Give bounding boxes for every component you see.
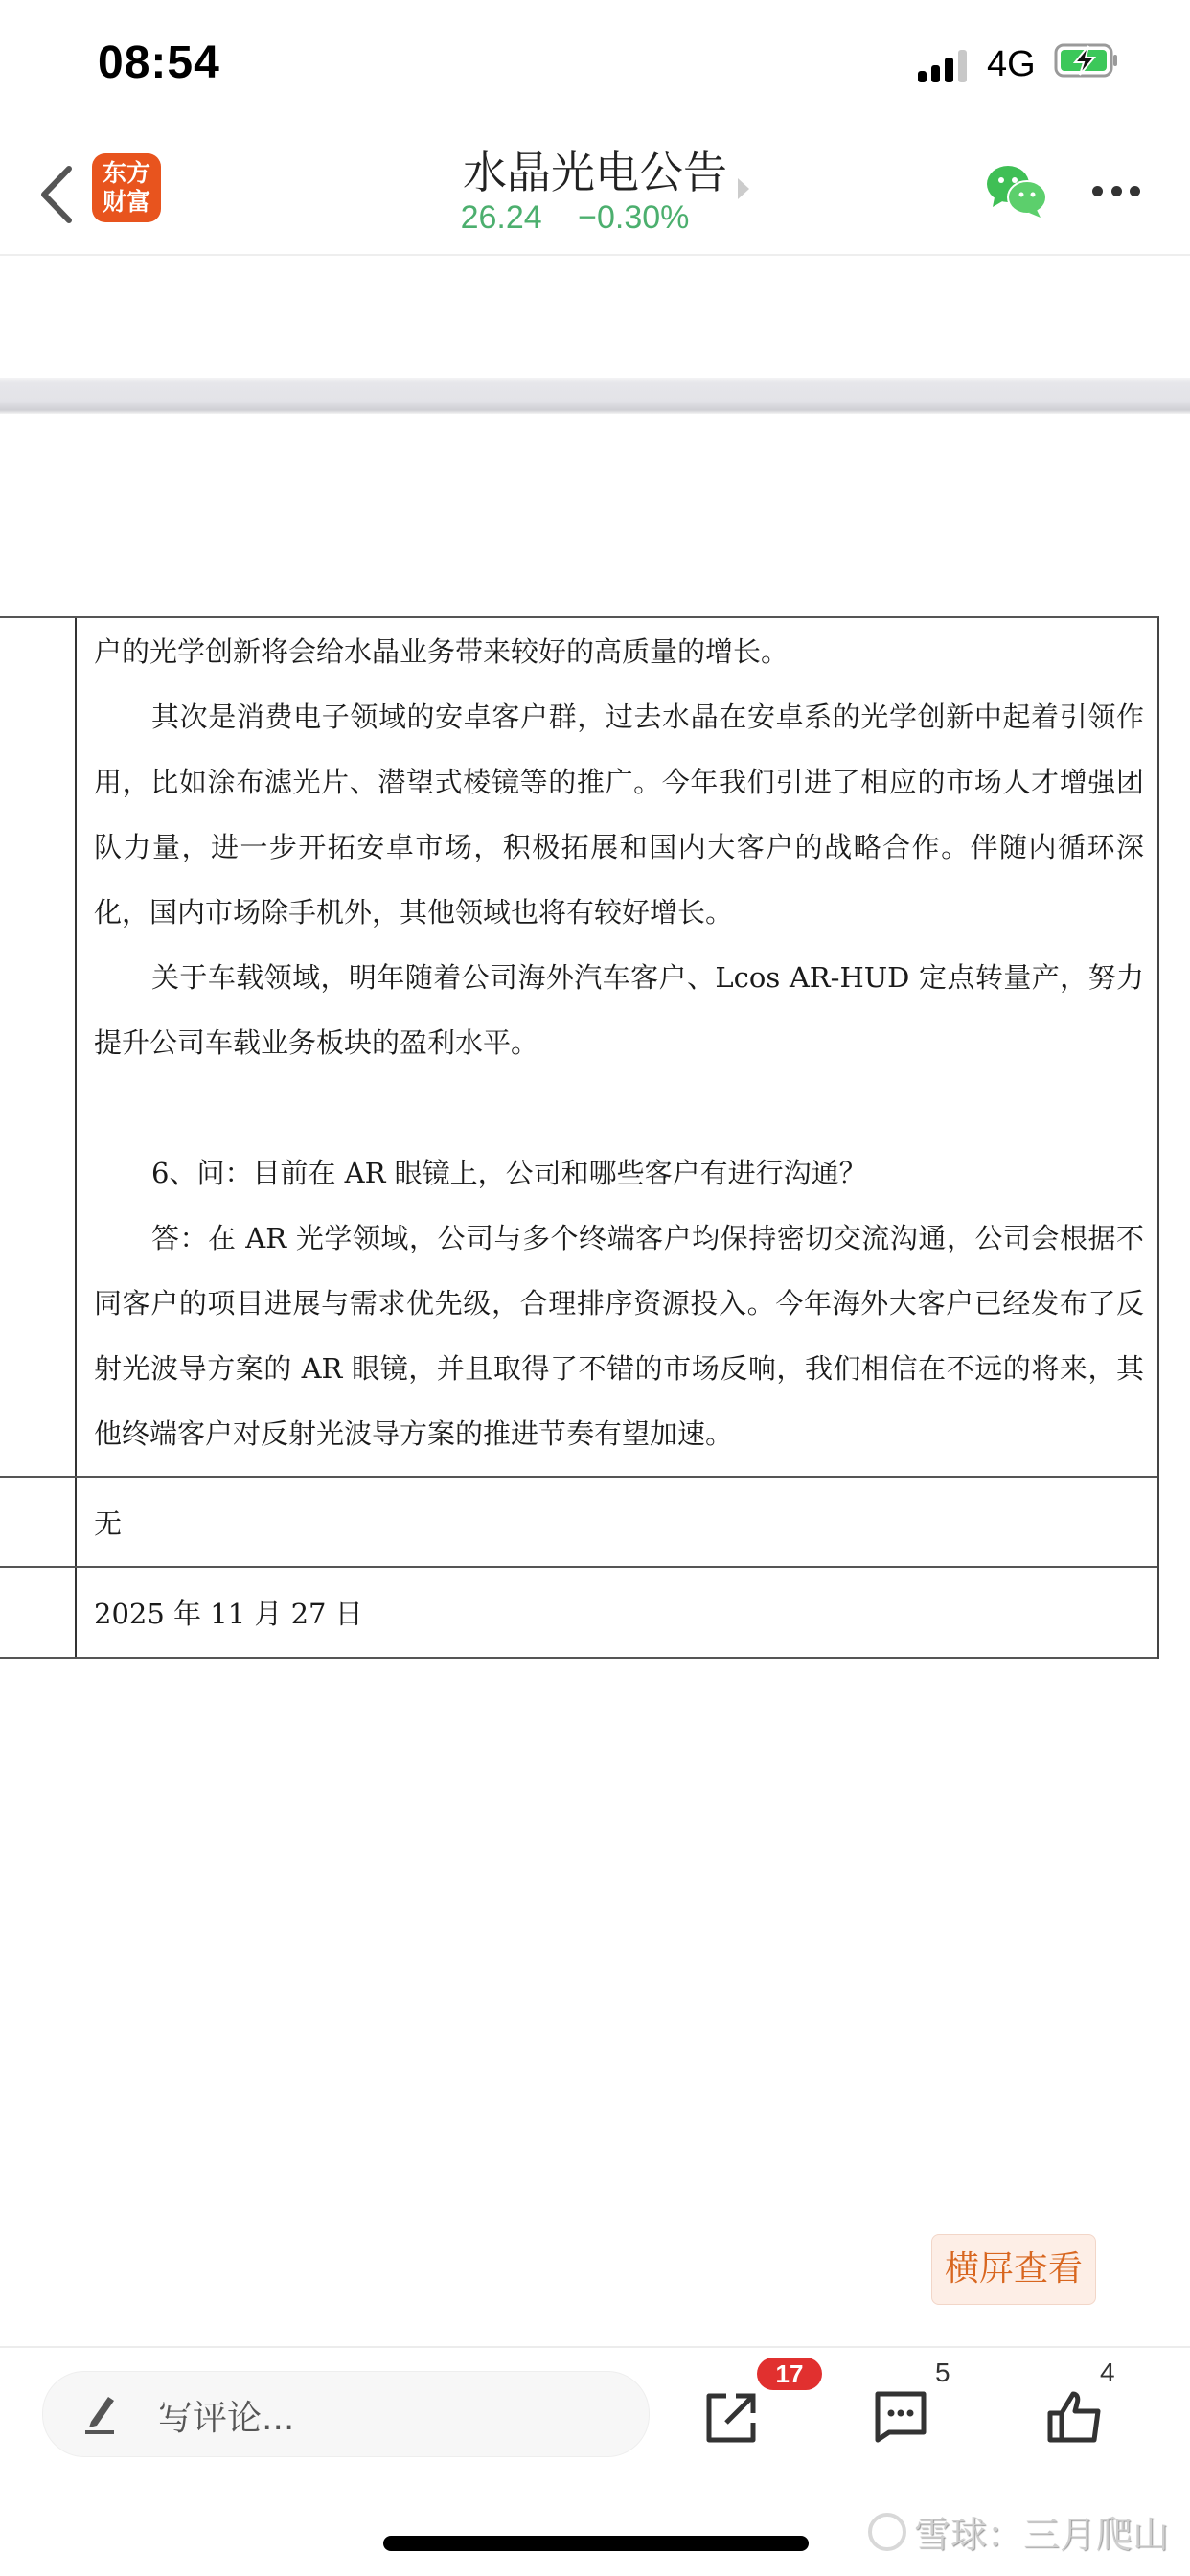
table-row: 户的光学创新将会给水晶业务带来较好的高质量的增长。 其次是消费电子领域的安卓客户… [0,618,1157,1478]
blank-line [94,1075,1144,1140]
comment-placeholder: 写评论... [158,2391,294,2440]
chevron-right-icon [738,178,749,199]
table-content-cell: 户的光学创新将会给水晶业务带来较好的高质量的增长。 其次是消费电子领域的安卓客户… [77,618,1157,1476]
section-divider [0,378,1190,414]
stock-price: 26.24 [461,199,542,236]
stock-quote: 26.24 −0.30% [0,199,1150,237]
table-label-cell [0,1478,77,1566]
table-row: 2025 年 11 月 27 日 [0,1568,1157,1659]
thumbs-up-icon[interactable] [1046,2388,1104,2446]
stock-change: −0.30% [578,199,689,236]
battery-charging-icon [1054,42,1119,79]
share-icon[interactable] [703,2388,761,2446]
home-indicator[interactable] [383,2536,809,2551]
xueqiu-logo-icon [868,2513,906,2551]
table-label-cell [0,618,77,1476]
signal-icon [918,50,972,82]
table-label-cell [0,1568,77,1657]
announcement-table: 户的光学创新将会给水晶业务带来较好的高质量的增长。 其次是消费电子领域的安卓客户… [0,616,1159,1659]
landscape-view-button[interactable]: 横屏查看 [931,2234,1096,2305]
share-count-badge: 17 [757,2357,822,2390]
paragraph: 关于车载领域，明年随着公司海外汽车客户、Lcos AR-HUD 定点转量产，努力… [94,945,1144,1075]
answer-paragraph: 答：在 AR 光学领域，公司与多个终端客户均保持密切交流沟通，公司会根据不同客户… [94,1206,1144,1466]
comment-icon[interactable] [872,2388,929,2446]
nav-bar: 东方 财富 水晶光电公告 26.24 −0.30% [0,125,1190,256]
comment-input[interactable]: 写评论... [42,2371,650,2457]
paragraph: 户的光学创新将会给水晶业务带来较好的高质量的增长。 [94,619,1144,684]
network-type: 4G [987,44,1036,85]
wechat-share-icon[interactable] [985,163,1048,218]
status-time: 08:54 [98,36,220,89]
date-cell: 2025 年 11 月 27 日 [77,1568,1157,1657]
like-count: 4 [1100,2357,1115,2388]
watermark: 雪球：三月爬山 [868,2505,1169,2558]
watermark-text: 雪球：三月爬山 [914,2505,1169,2558]
status-bar: 08:54 4G [0,0,1190,125]
table-row: 无 [0,1478,1157,1568]
more-icon[interactable] [1092,186,1140,199]
comment-count: 5 [935,2357,950,2388]
question-paragraph: 6、问：目前在 AR 眼镜上，公司和哪些客户有进行沟通？ [94,1140,1144,1206]
pencil-icon [83,2393,118,2435]
table-content-cell: 无 [77,1478,1157,1566]
paragraph: 其次是消费电子领域的安卓客户群，过去水晶在安卓系的光学创新中起着引领作用，比如涂… [94,684,1144,945]
